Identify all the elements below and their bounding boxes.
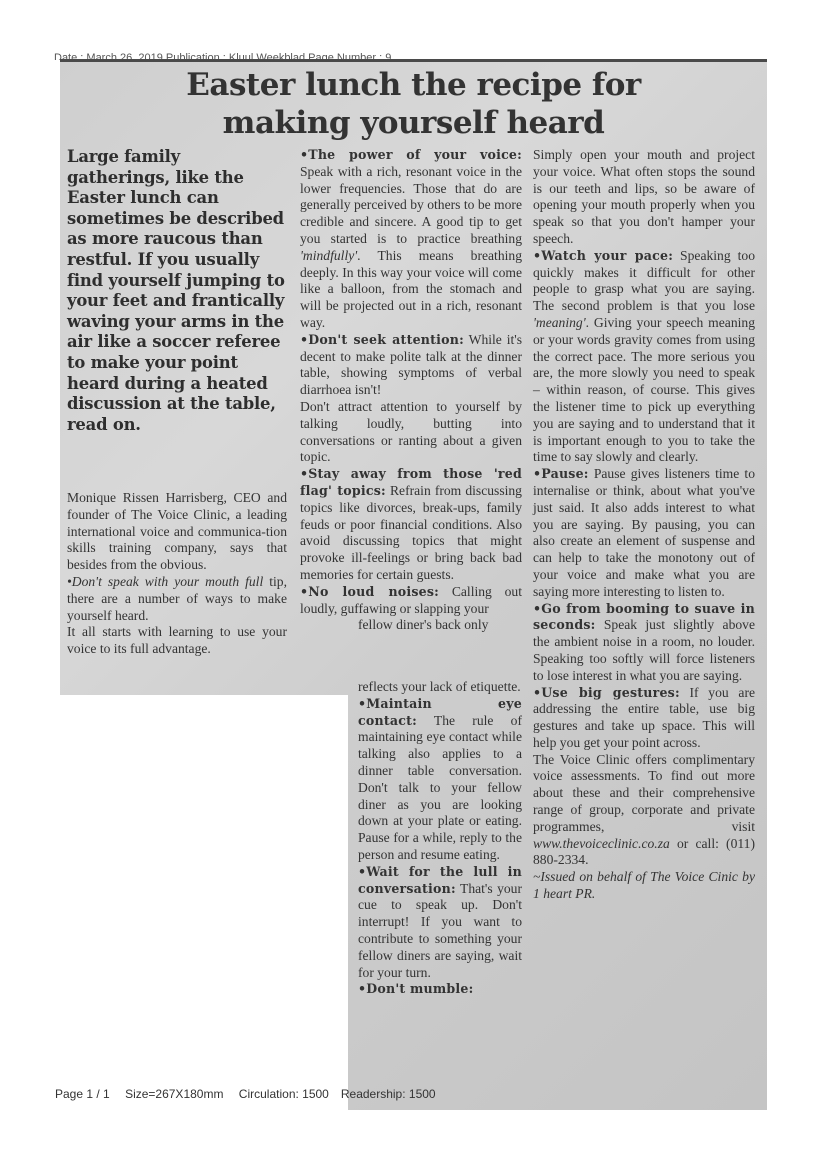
clipping-size: Size=267X180mm: [125, 1087, 223, 1101]
voice-clinic-offer: The Voice Clinic offers complimentary vo…: [533, 752, 755, 870]
pause-heading: •Pause:: [533, 466, 589, 481]
article-lead-paragraph: Large family gatherings, like the Easter…: [67, 147, 287, 435]
intro-paragraph: Monique Rissen Harrisberg, CEO and found…: [67, 490, 287, 574]
power-of-voice-heading: •The power of your voice:: [300, 147, 522, 162]
clipping-top-rule: [60, 59, 767, 62]
voice-clinic-url: www.thevoiceclinic.co.za: [533, 836, 670, 851]
power-of-voice-section: •The power of your voice: Speak with a r…: [300, 147, 522, 332]
clipping-metadata-footer: Page 1 / 1 Size=267X180mm Circulation: 1…: [55, 1087, 448, 1101]
pause-section: •Pause: Pause gives listeners time to in…: [533, 466, 755, 600]
mouth-full-tip: •Don't speak with your mouth full: [67, 574, 263, 589]
big-gestures-section: •Use big gestures: If you are addressing…: [533, 685, 755, 752]
dont-mumble-heading: •Don't mumble:: [358, 981, 473, 996]
clipping-cutout-blank: [60, 695, 348, 1111]
mouth-full-paragraph: •Don't speak with your mouth full tip, t…: [67, 574, 287, 624]
red-flag-section: •Stay away from those 'red flag' topics:…: [300, 466, 522, 584]
article-column-3: Simply open your mouth and project your …: [533, 147, 755, 903]
booming-suave-section: •Go from booming to suave in seconds: Sp…: [533, 601, 755, 685]
article-column-2: •The power of your voice: Speak with a r…: [300, 147, 522, 634]
headline-line-1: Easter lunch the recipe for: [60, 66, 767, 104]
dont-mumble-section: •Don't mumble:: [358, 981, 522, 998]
wait-lull-section: •Wait for the lull in conversation: That…: [358, 864, 522, 982]
article-column-1: Monique Rissen Harrisberg, CEO and found…: [67, 490, 287, 658]
seek-attention-section: •Don't seek attention: While it's decent…: [300, 332, 522, 399]
loud-noises-section: •No loud noises: Calling out loudly, guf…: [300, 584, 522, 618]
attract-attention-paragraph: Don't attract attention to yourself by t…: [300, 399, 522, 466]
watch-pace-section: •Watch your pace: Speaking too quickly m…: [533, 248, 755, 466]
article-headline: Easter lunch the recipe for making yours…: [60, 66, 767, 142]
issued-by-credit: ~Issued on behalf of The Voice Cinic by …: [533, 869, 755, 903]
seek-attention-heading: •Don't seek attention:: [300, 332, 464, 347]
readership: Readership: 1500: [341, 1087, 436, 1101]
article-column-2-lower: reflects your lack of etiquette. •Mainta…: [358, 679, 522, 998]
page-count: Page 1 / 1: [55, 1087, 110, 1101]
voice-advantage-paragraph: It all starts with learning to use your …: [67, 624, 287, 658]
loud-noises-heading: •No loud noises:: [300, 584, 439, 599]
loud-noises-continued: fellow diner's back only: [300, 617, 522, 634]
dont-mumble-text: Simply open your mouth and project your …: [533, 147, 755, 248]
big-gestures-heading: •Use big gestures:: [533, 685, 680, 700]
circulation: Circulation: 1500: [239, 1087, 329, 1101]
watch-pace-heading: •Watch your pace:: [533, 248, 673, 263]
loud-noises-end: reflects your lack of etiquette.: [358, 679, 522, 696]
eye-contact-section: •Maintain eye contact: The rule of maint…: [358, 696, 522, 864]
headline-line-2: making yourself heard: [60, 104, 767, 142]
